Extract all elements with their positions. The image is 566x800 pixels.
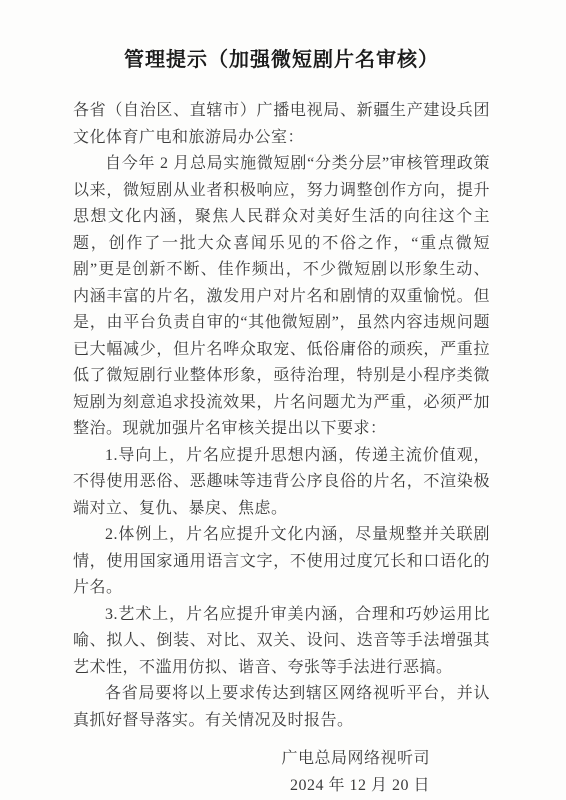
closing-block: 广电总局网络视听司 2024 年 12 月 20 日 [73,746,490,799]
paragraph-requirement-3: 3.艺术上，片名应提升审美内涵，合理和巧妙运用比喻、拟人、倒装、对比、双关、设问… [73,602,490,682]
paragraph-instruction: 各省局要将以上要求传达到辖区网络视听平台，并认真抓好督导落实。有关情况及时报告。 [73,681,490,734]
document-date: 2024 年 12 月 20 日 [73,773,430,800]
salutation: 各省（自治区、直辖市）广播电视局、新疆生产建设兵团文化体育广电和旅游局办公室： [73,98,490,151]
document-title: 管理提示（加强微短剧片名审核） [73,46,490,74]
paragraph-requirement-1: 1.导向上，片名应提升思想内涵，传递主流价值观，不得使用恶俗、恶趣味等违背公序良… [73,443,490,523]
paragraph-intro: 自今年 2 月总局实施微短剧“分类分层”审核管理政策以来，微短剧从业者积极响应，… [73,151,490,443]
document-body: 各省（自治区、直辖市）广播电视局、新疆生产建设兵团文化体育广电和旅游局办公室： … [73,98,490,734]
document-page: 管理提示（加强微短剧片名审核） 各省（自治区、直辖市）广播电视局、新疆生产建设兵… [0,0,566,800]
paragraph-requirement-2: 2.体例上，片名应提升文化内涵，尽量规整并关联剧情，使用国家通用语言文字，不使用… [73,522,490,602]
signature: 广电总局网络视听司 [73,746,430,773]
